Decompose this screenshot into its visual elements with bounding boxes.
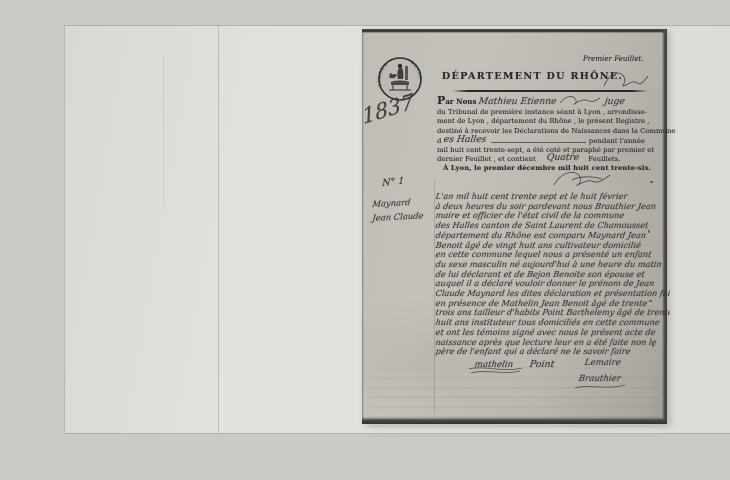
pendant-text: pendant l'année [589, 137, 645, 145]
ink-speck [652, 345, 654, 347]
act-number: N° 1 [382, 176, 404, 189]
judge-title-handwriting: juge [604, 96, 626, 107]
dateline: À Lyon, le premier décembre mil huit cen… [443, 164, 651, 172]
act-line: auquel il a déclaré vouloir donner le pr… [435, 278, 670, 288]
page-crease [218, 26, 219, 433]
signature-witness2: Point [529, 359, 555, 370]
act-line: et ont les témoins signé avec nous le pr… [435, 327, 670, 337]
act-line: département du Rhône est comparu Maynard… [435, 230, 670, 240]
folio-note: Premier Feuillet. [583, 55, 644, 63]
contient-suffix: Feuillets. [588, 155, 620, 163]
page-crease [163, 56, 164, 206]
act-line: maire et officier de l'état civil de la … [435, 210, 670, 220]
act-line: L'an mil huit cent trente sept et le hui… [435, 191, 670, 201]
page-edge-top [362, 29, 667, 33]
act-line: du sexe masculin né aujourd'hui à une he… [435, 259, 670, 269]
commune-line: d es Halles pendant l'année [437, 134, 645, 145]
ink-speck [648, 230, 650, 233]
page-edge-left [362, 29, 364, 424]
preamble-line2: ment de Lyon , département du Rhône , le… [437, 117, 650, 125]
preamble-line1: du Tribunal de première instance séant à… [437, 108, 647, 116]
scanner-background: Premier Feuillet. DÉPARTEMENT DU RHÔNE. … [0, 0, 730, 480]
signature-lemaire: Lemaire [584, 358, 621, 368]
commune-prefix: d [437, 137, 441, 145]
margin-name-line1: Maynard [372, 197, 411, 209]
act-line: Claude Maynard les dites déclaration et … [435, 288, 670, 298]
judge-paraph-icon [558, 93, 602, 107]
act-line: trois ans tailleur d'habits Point Barthe… [435, 307, 670, 317]
opening-line: Par Nous Mathieu Etienne juge [437, 93, 645, 107]
ink-speck [650, 181, 653, 183]
signature-underline-icon [574, 383, 626, 391]
judge-name-handwriting: Mathieu Etienne [478, 96, 557, 107]
signature-flourish-icon [468, 365, 524, 375]
act-line: Benoit âgé de vingt huit ans cultivateur… [435, 240, 670, 250]
feuillets-count-handwriting: Quatre [546, 152, 580, 163]
title-rule [452, 90, 648, 92]
act-line: huit ans instituteur tous domiciliés en … [435, 317, 670, 327]
contient-line: dernier Feuillet , et contient Quatre Fe… [437, 152, 627, 163]
commune-name-handwriting: es Halles [443, 134, 487, 145]
act-line: père de l'enfant qui a déclaré ne le sav… [435, 346, 670, 356]
act-line: en cette commune lequel nous a présenté … [435, 249, 670, 259]
contient-prefix: dernier Feuillet , et contient [437, 155, 536, 163]
act-line: des Halles canton de Saint Laurent de Ch… [435, 220, 670, 230]
opening-printed: Par Nous [437, 94, 476, 107]
blank-line [491, 142, 586, 143]
margin-name-line2: Jean Claude [372, 210, 424, 223]
act-line: naissance après que lecture leur en a ét… [435, 337, 670, 347]
ink-speck [649, 300, 652, 302]
registrar-paraph-icon [550, 169, 614, 191]
registry-page: Premier Feuillet. DÉPARTEMENT DU RHÔNE. … [362, 29, 667, 424]
